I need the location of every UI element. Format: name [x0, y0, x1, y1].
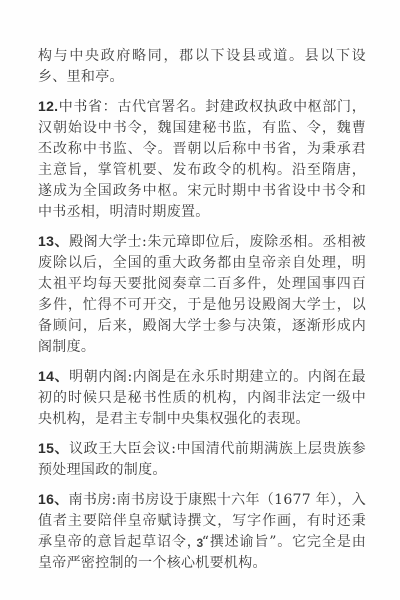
- item-term: 殿阁大学士:: [69, 234, 147, 250]
- item-number: 16、: [38, 491, 69, 507]
- item-term: 南书房:: [69, 492, 117, 508]
- document-page: 构与中央政府略同，郡以下设县或道。县以下设乡、里和亭。 12.中书省：古代官署名…: [0, 0, 400, 600]
- item-term: 中书省：: [58, 99, 117, 115]
- paragraph-continuation: 构与中央政府略同，郡以下设县或道。县以下设乡、里和亭。: [38, 46, 366, 88]
- glossary-item-12: 12.中书省：古代官署名。封建政权执政中枢部门，汉朝始设中书令，魏国建秘书监，有…: [38, 96, 366, 223]
- glossary-item-16: 16、南书房:南书房设于康熙十六年（1677 年），入值者主要陪伴皇帝赋诗撰文，…: [38, 489, 366, 574]
- item-term: 明朝内阁:: [69, 369, 132, 385]
- item-body: 古代官署名。封建政权执政中枢部门，汉朝始设中书令，魏国建秘书监，有监、令，魏曹丕…: [38, 99, 366, 220]
- item-number: 13、: [38, 233, 69, 249]
- item-number: 14、: [38, 368, 69, 384]
- page-number: 3: [0, 533, 400, 554]
- item-body: 朱元璋即位后，废除丞相。丞相被废除以后，全国的重大政务都由皇帝亲自处理，明太祖平…: [38, 234, 366, 355]
- glossary-item-13: 13、殿阁大学士:朱元璋即位后，废除丞相。丞相被废除以后，全国的重大政务都由皇帝…: [38, 231, 366, 358]
- item-term: 议政王大臣会议:: [69, 441, 176, 457]
- glossary-item-15: 15、议政王大臣会议:中国清代前期满族上层贵族参预处理国政的制度。: [38, 438, 366, 481]
- glossary-item-14: 14、明朝内阁:内阁是在永乐时期建立的。内阁在最初的时候只是秘书性质的机构，内阁…: [38, 366, 366, 430]
- item-number: 12.: [38, 98, 58, 114]
- item-number: 15、: [38, 440, 69, 456]
